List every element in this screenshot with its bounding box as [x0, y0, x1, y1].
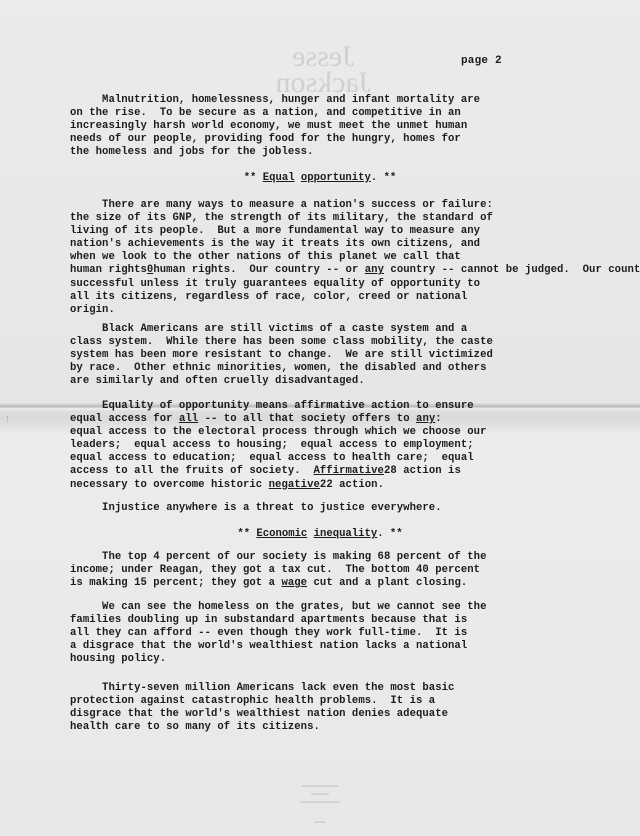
faint-bleedthrough-text: ▬▬▬▬▬ [0, 790, 640, 797]
paragraph-affirmative-action: Equality of opportunity means affirmativ… [70, 400, 575, 492]
watermark: Jesse Jackson [268, 44, 378, 96]
page-number: page 2 [461, 55, 502, 67]
paragraph-homeless: We can see the homeless on the grates, b… [70, 601, 575, 666]
margin-mark: ⋮ [4, 418, 11, 423]
paragraph-measure-nation: There are many ways to measure a nation'… [70, 199, 575, 317]
section-heading-equal-opportunity: ** Equal opportunity. ** [0, 172, 640, 184]
paragraph-caste-system: Black Americans are still victims of a c… [70, 323, 575, 388]
paragraph-health-care: Thirty-seven million Americans lack even… [70, 682, 575, 734]
document-page: Jesse Jackson ⋮ page 2 Malnutrition, hom… [0, 0, 640, 836]
section-heading-economic-inequality: ** Economic inequality. ** [0, 528, 640, 540]
faint-bleedthrough-text: ▬▬▬ [0, 818, 640, 825]
faint-bleedthrough-text: ▬▬▬▬▬▬▬▬▬▬ [0, 782, 640, 789]
paragraph-injustice: Injustice anywhere is a threat to justic… [70, 502, 575, 515]
faint-bleedthrough-text: ▬▬▬▬▬▬▬▬▬▬▬ [0, 798, 640, 805]
paragraph-top-four-percent: The top 4 percent of our society is maki… [70, 551, 575, 590]
paragraph-malnutrition: Malnutrition, homelessness, hunger and i… [70, 94, 575, 159]
